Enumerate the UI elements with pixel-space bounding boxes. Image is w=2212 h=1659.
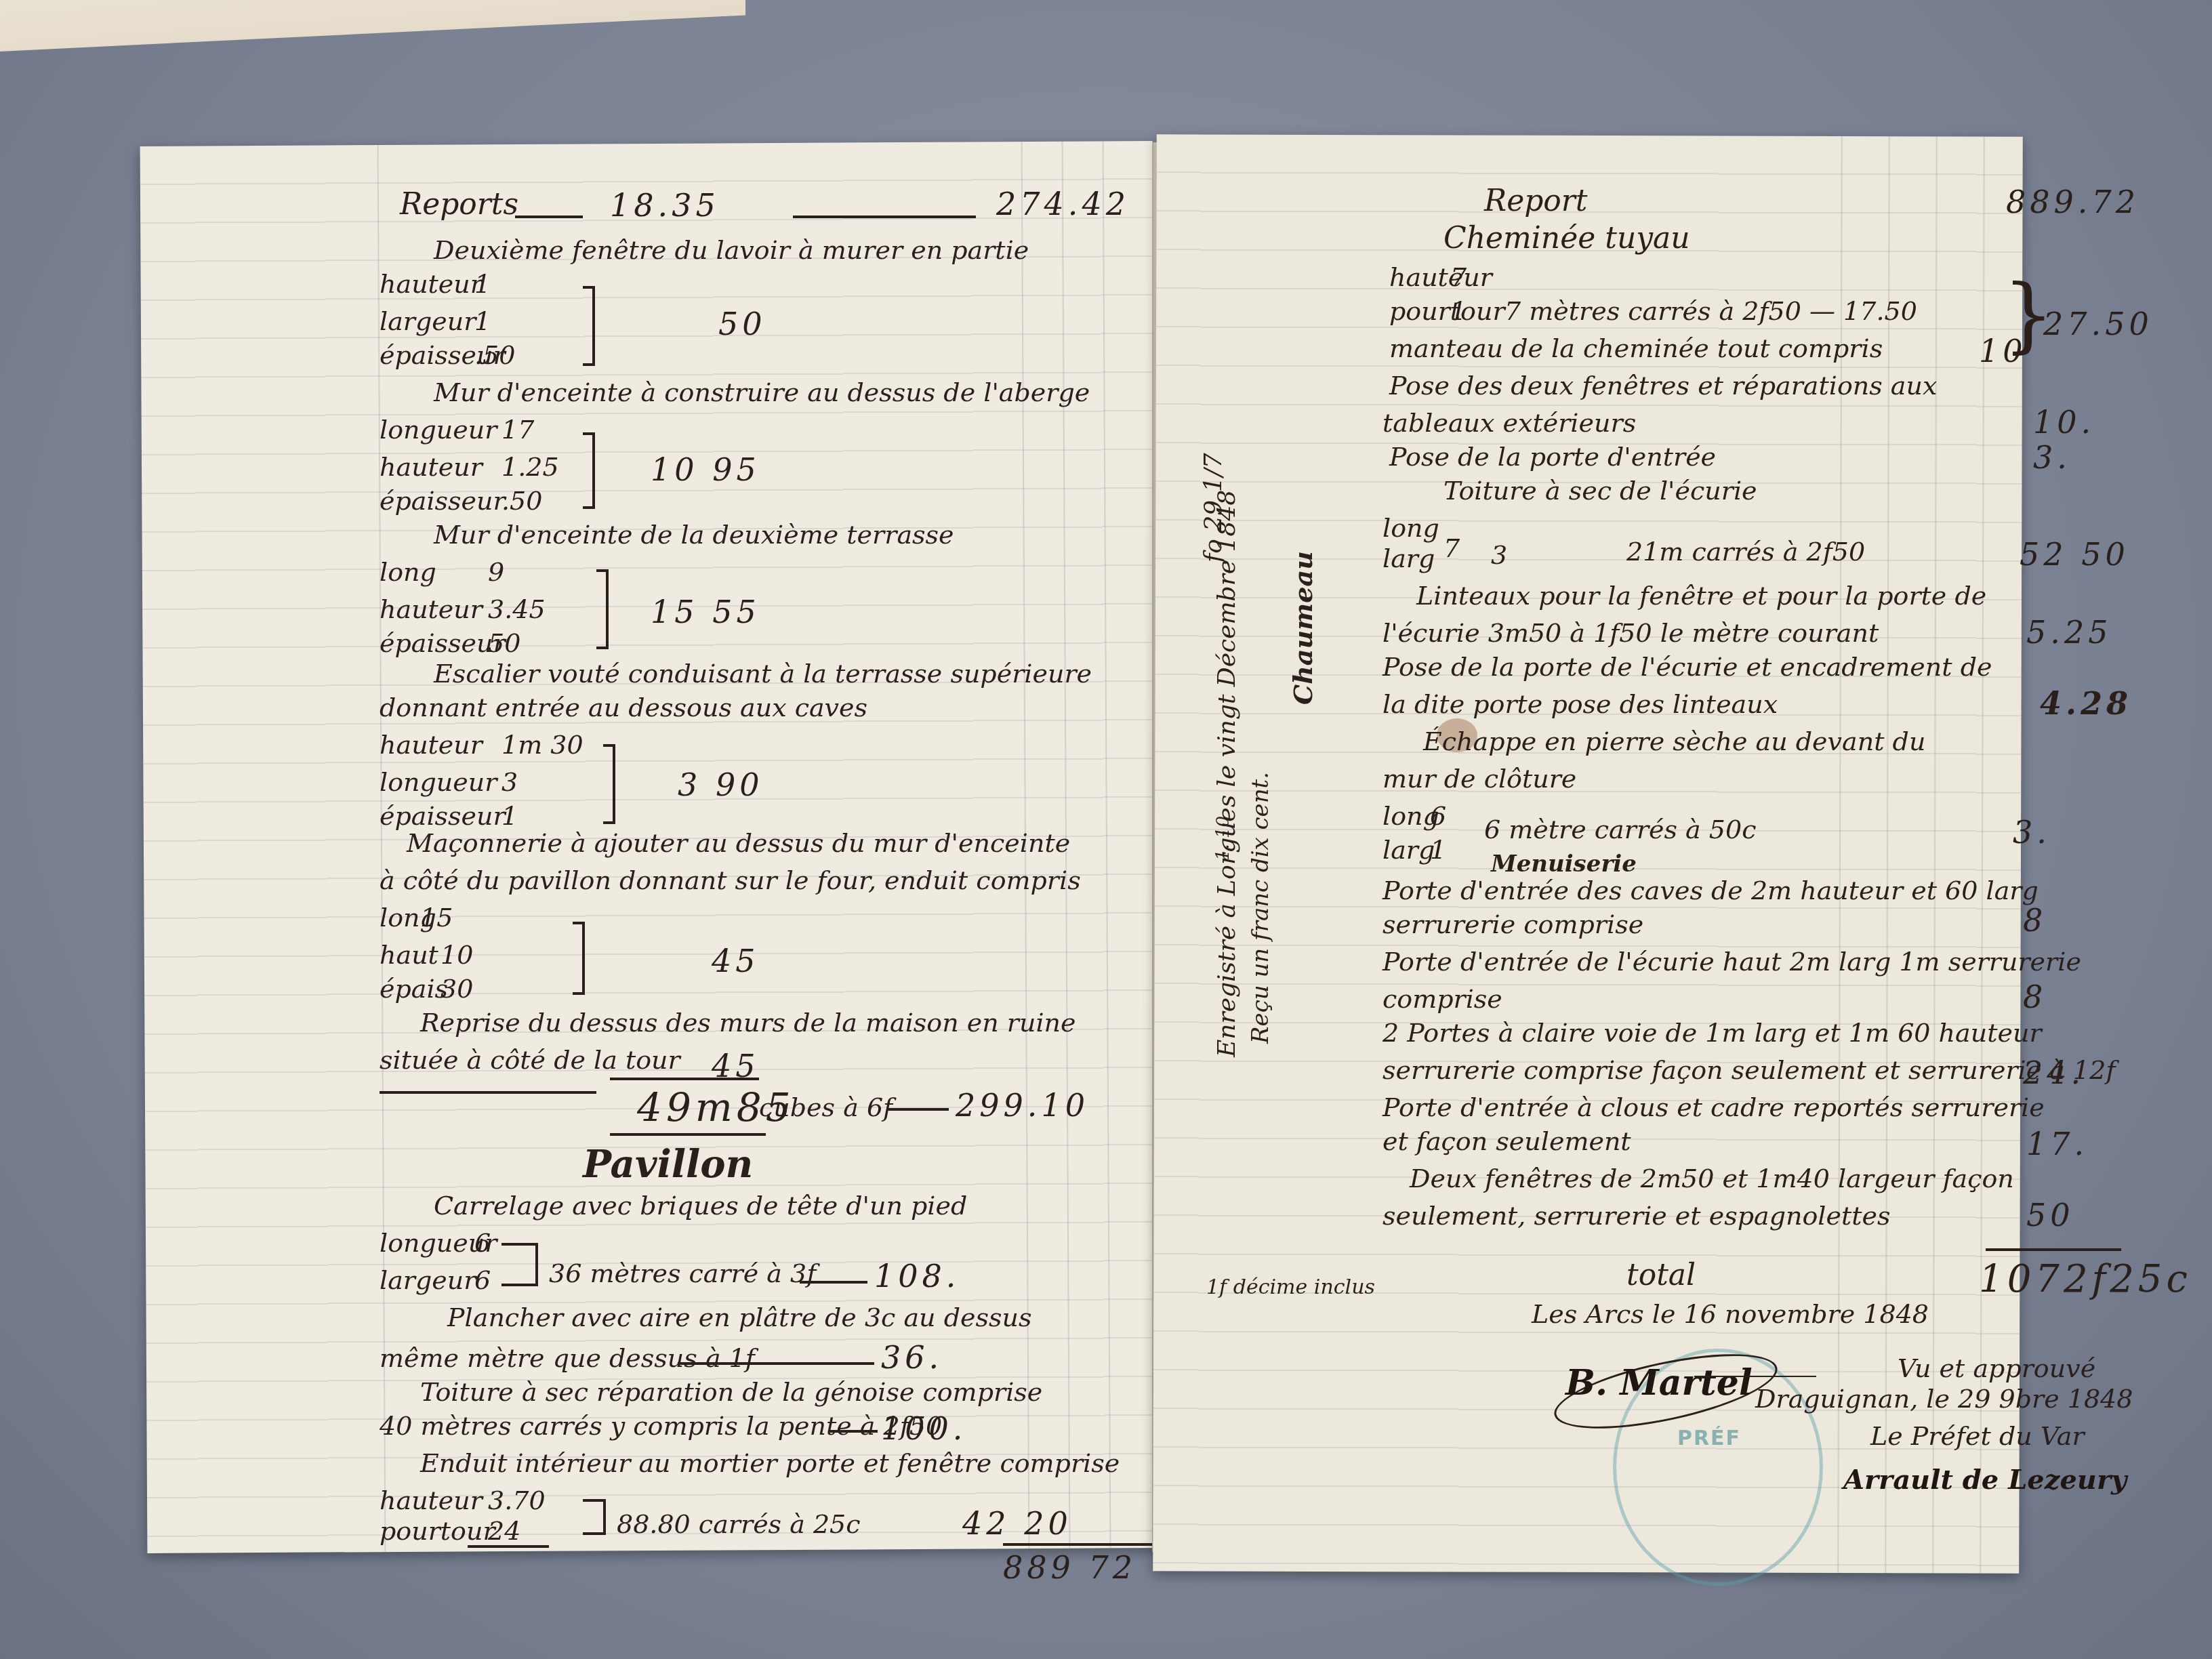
dim-label: longueur bbox=[380, 417, 497, 443]
item-amount: 100. bbox=[881, 1413, 966, 1444]
item-title-line2: tableaux extérieurs bbox=[1382, 410, 1636, 436]
item-title: Deux fenêtres de 2m50 et 1m40 largeur fa… bbox=[1410, 1166, 2014, 1191]
section-heading-pavillon: Pavillon bbox=[583, 1145, 753, 1183]
dim-value: 1.25 bbox=[501, 454, 559, 480]
item-title: Échappe en pierre sèche au devant du bbox=[1423, 729, 1925, 754]
item-title: Plancher avec aire en plâtre de 3c au de… bbox=[447, 1305, 1031, 1330]
approval-line2: Draguignan, le 29 9bre 1848 bbox=[1755, 1386, 2133, 1412]
margin-note-prefix: 1. 10 bbox=[1213, 816, 1233, 861]
cheminee-total: 27.50 bbox=[2043, 308, 2153, 340]
dim-value: 1 bbox=[474, 271, 491, 297]
contractor-signature: B. Martel bbox=[1565, 1362, 1753, 1404]
dim-label: larg bbox=[1382, 837, 1435, 863]
item-title-line2: serrurerie comprise façon seulement et s… bbox=[1382, 1057, 2115, 1083]
dim-value: 24 bbox=[488, 1518, 520, 1544]
item-amount: 24. bbox=[2023, 1057, 2085, 1088]
item-title: Enduit intérieur au mortier porte et fen… bbox=[420, 1450, 1120, 1476]
dim-label: haut bbox=[380, 942, 438, 968]
dim-label: larg bbox=[1382, 546, 1435, 571]
echappe-amount: 3. bbox=[2013, 817, 2051, 848]
dim-label: hauteur bbox=[1389, 264, 1492, 290]
prefect-signature: Arrault de Lezeury bbox=[1843, 1464, 2127, 1496]
item-title-line2: serrurerie comprise bbox=[1382, 912, 1643, 937]
item-amount: 10. bbox=[2033, 407, 2095, 438]
dim-value: 6 bbox=[474, 1230, 491, 1256]
section-heading-toiture: Toiture à sec de l'écurie bbox=[1443, 478, 1757, 504]
item-amount: 42 20 bbox=[962, 1508, 1072, 1539]
item-amount: 36. bbox=[881, 1342, 943, 1373]
page-total: 889 72 bbox=[1003, 1552, 1136, 1583]
cheminee-calc: 7 mètres carrés à 2f50 — 17.50 bbox=[1504, 298, 1917, 324]
total-label: total bbox=[1626, 1261, 1696, 1290]
dim-value: 15 bbox=[420, 905, 453, 930]
item-title-line2: la dite porte pose des linteaux bbox=[1382, 691, 1778, 717]
item-title-line2: 40 mètres carrés y compris la pente à 2f… bbox=[380, 1413, 942, 1439]
dim-value: .50 bbox=[501, 488, 542, 514]
stamp-text: PRÉF bbox=[1677, 1427, 1741, 1450]
section-heading-cheminee: Cheminée tuyau bbox=[1443, 224, 1690, 253]
item-result: 10 95 bbox=[651, 454, 760, 485]
item-title: Carrelage avec briques de tête d'un pied bbox=[434, 1193, 967, 1218]
item-amount: 50 bbox=[2026, 1200, 2074, 1231]
item-title: Mur d'enceinte de la deuxième terrasse bbox=[434, 522, 954, 548]
dim-value: .50 bbox=[474, 342, 515, 368]
dim-label: largeur bbox=[380, 308, 476, 334]
item-title-line2: et façon seulement bbox=[1382, 1128, 1631, 1154]
item-title: Deuxième fenêtre du lavoir à murer en pa… bbox=[434, 237, 1029, 263]
approval-line3: Le Préfet du Var bbox=[1870, 1423, 2085, 1449]
item-title: Porte d'entrée de l'écurie haut 2m larg … bbox=[1382, 949, 2081, 975]
dim-label: hauteur bbox=[380, 732, 483, 758]
margin-note-bottom: 1f décime inclus bbox=[1206, 1277, 1375, 1298]
dim-value: 1 bbox=[1430, 837, 1446, 863]
dim-label: pourtour bbox=[1389, 298, 1505, 324]
item-title-line2: donnant entrée au dessous aux caves bbox=[380, 695, 867, 720]
section-heading-menuiserie: Menuiserie bbox=[1491, 853, 1637, 876]
item-result: 45 bbox=[712, 945, 760, 977]
dim-label: épaisseur bbox=[380, 630, 506, 656]
carry-label: Report bbox=[1484, 186, 1588, 216]
item-result: 15 55 bbox=[651, 596, 760, 628]
margin-note-registration: Enregistré à Lorgues le vingt Décembre 1… bbox=[1213, 490, 1241, 1057]
dim-value: 9 bbox=[488, 559, 504, 585]
dim-value: 1m 30 bbox=[501, 732, 583, 758]
dim-label: longueur bbox=[380, 769, 497, 795]
item-title-line2: comprise bbox=[1382, 986, 1502, 1012]
carry-label: Reports bbox=[400, 190, 518, 220]
item-title: Pose des deux fenêtres et réparations au… bbox=[1389, 373, 1937, 398]
dim-label: largeur bbox=[380, 1267, 476, 1293]
dim-label: pourtour bbox=[380, 1518, 495, 1544]
item-amount: 108. bbox=[874, 1261, 960, 1292]
approval-line1: Vu et approuvé bbox=[1898, 1355, 2095, 1381]
dim-value: 7 bbox=[1443, 535, 1460, 561]
item-result: 50 bbox=[718, 308, 766, 340]
dim-value: 30 bbox=[441, 976, 473, 1002]
item-title: Porte d'entrée à clous et cadre reportés… bbox=[1382, 1094, 2045, 1120]
toiture-amount: 52 50 bbox=[2020, 539, 2129, 570]
dim-value: 3 bbox=[501, 769, 518, 795]
item-title-line2: même mètre que dessus à 1f bbox=[380, 1345, 755, 1371]
dim-label: épaisseur bbox=[380, 803, 506, 829]
dim-value: 3.45 bbox=[488, 596, 546, 622]
dim-value: 17 bbox=[501, 417, 534, 443]
item-amount: 5.25 bbox=[2026, 617, 2112, 648]
place-date: Les Arcs le 16 novembre 1848 bbox=[1532, 1301, 1929, 1327]
item-calc: 36 mètres carré à 3f bbox=[549, 1261, 816, 1286]
grand-total: 1072f25c bbox=[1979, 1261, 2192, 1298]
item-amount: 4.28 bbox=[2040, 688, 2132, 719]
echappe-calc: 6 mètre carrés à 50c bbox=[1484, 817, 1757, 842]
dim-value: 1 bbox=[1450, 298, 1467, 324]
item-title: Mur d'enceinte à construire au dessus de… bbox=[434, 380, 1090, 405]
dim-label: long bbox=[380, 559, 436, 585]
carry-quantity: 18.35 bbox=[610, 190, 720, 221]
item-amount: 8 bbox=[2023, 981, 2047, 1012]
dim-label: épais bbox=[380, 976, 448, 1002]
dim-value: 3.70 bbox=[488, 1488, 546, 1513]
carry-amount: 889.72 bbox=[2006, 186, 2139, 218]
dim-value: 3 bbox=[1491, 542, 1507, 568]
dim-value: 6 bbox=[474, 1267, 491, 1293]
manteau-label: manteau de la cheminée tout compris bbox=[1389, 335, 1883, 361]
item-title: Porte d'entrée des caves de 2m hauteur e… bbox=[1382, 878, 2039, 903]
subtotal-rate: cubes à 6f bbox=[759, 1094, 893, 1120]
item-amount: 8 bbox=[2023, 905, 2047, 936]
item-title: Pose de la porte d'entrée bbox=[1389, 444, 1716, 470]
item-title: Maçonnerie à ajouter au dessus du mur d'… bbox=[407, 830, 1070, 856]
dim-label: hauteur bbox=[380, 454, 483, 480]
item-title: 2 Portes à claire voie de 1m larg et 1m … bbox=[1382, 1020, 2042, 1046]
margin-note-fee: Reçu un franc dix cent. bbox=[1247, 772, 1274, 1044]
dim-value: 6 bbox=[1430, 803, 1446, 829]
dim-label: hauteur bbox=[380, 596, 483, 622]
subtotal-amount: 299.10 bbox=[956, 1090, 1089, 1121]
dim-label: long bbox=[1382, 515, 1439, 541]
dim-value: 1 bbox=[501, 803, 518, 829]
item-result: 3 90 bbox=[678, 769, 763, 800]
dim-label: épaisseur bbox=[380, 488, 506, 514]
item-title: Pose de la porte de l'écurie et encadrem… bbox=[1382, 654, 1992, 680]
item-title-line2: mur de clôture bbox=[1382, 766, 1576, 792]
dim-value: 50 bbox=[488, 630, 520, 656]
margin-signature: Chaumeau bbox=[1288, 551, 1318, 705]
item-title-line2: située à côté de la tour bbox=[380, 1047, 680, 1073]
dim-value: 7 bbox=[1450, 264, 1467, 290]
item-title-line2: l'écurie 3m50 à 1f50 le mètre courant bbox=[1382, 620, 1879, 646]
item-title: Reprise du dessus des murs de la maison … bbox=[420, 1010, 1076, 1036]
item-title: Escalier vouté conduisant à la terrasse … bbox=[434, 661, 1092, 687]
item-calc: 88.80 carrés à 25c bbox=[617, 1511, 861, 1537]
carry-amount: 274.42 bbox=[996, 188, 1130, 220]
item-title: Linteaux pour la fenêtre et pour la port… bbox=[1416, 583, 1986, 609]
dim-label: hauteur bbox=[380, 1488, 483, 1513]
item-title-line2: à côté du pavillon donnant sur le four, … bbox=[380, 867, 1081, 893]
dim-value: 1 bbox=[474, 308, 491, 334]
item-title: Toiture à sec réparation de la génoise c… bbox=[420, 1379, 1042, 1405]
item-title-line2: seulement, serrurerie et espagnolettes bbox=[1382, 1203, 1891, 1229]
dim-label: hauteur bbox=[380, 271, 483, 297]
dim-value: 10 bbox=[441, 942, 473, 968]
toiture-calc: 21m carrés à 2f50 bbox=[1626, 539, 1865, 565]
item-amount: 3. bbox=[2033, 442, 2071, 473]
item-amount: 17. bbox=[2026, 1128, 2088, 1160]
